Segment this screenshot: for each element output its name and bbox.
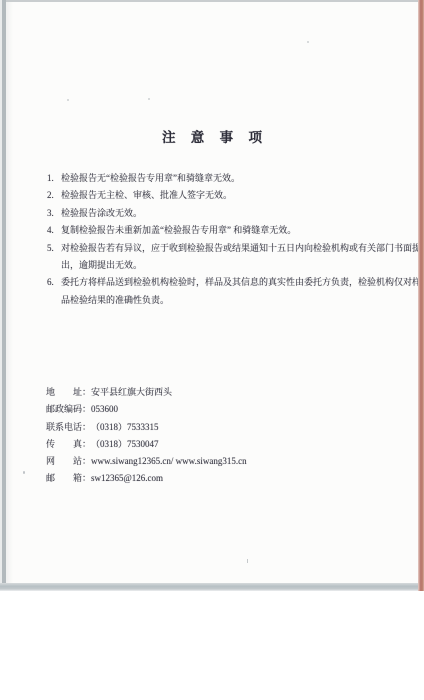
notice-item-line: 对检验报告若有异议，应于收到检验报告或结果通知十五日内向检验机构或有关部门书面提 xyxy=(61,240,421,257)
notice-item-number: 6. xyxy=(47,274,61,309)
scan-speck xyxy=(148,98,150,100)
notice-item-line: 检验报告涂改无效。 xyxy=(61,205,399,222)
notice-item-line: 检验报告无主检、审核、批准人签字无效。 xyxy=(61,187,399,204)
contact-info-block: 地 址： 安平县红旗大街西头 邮政编码： 053600 联系电话： （0318）… xyxy=(46,384,247,488)
page-edge-top xyxy=(0,0,424,2)
notice-item-5: 5. 对检验报告若有异议，应于收到检验报告或结果通知十五日内向检验机构或有关部门… xyxy=(47,240,399,275)
scan-speck xyxy=(67,99,69,101)
notice-item-text: 委托方将样品送到检验机构检验时，样品及其信息的真实性由委托方负责，检验机构仅对样… xyxy=(61,274,421,309)
notice-item-number: 4. xyxy=(47,222,61,239)
contact-row-phone: 联系电话： （0318）7533315 xyxy=(46,419,247,436)
notice-item-number: 1. xyxy=(47,170,61,187)
contact-label: 联系电话： xyxy=(46,419,91,436)
contact-value-email: sw12365@126.com xyxy=(91,470,163,487)
notice-item-number: 3. xyxy=(47,205,61,222)
contact-label: 邮 箱： xyxy=(46,470,91,487)
contact-label: 地 址： xyxy=(46,384,91,401)
page-edge-right-red-stripe xyxy=(418,0,424,591)
contact-label: 网 站： xyxy=(46,453,91,470)
notice-item-text: 检验报告无“检验报告专用章”和骑缝章无效。 xyxy=(61,170,399,187)
scan-speck xyxy=(307,41,309,43)
notice-item-text: 检验报告涂改无效。 xyxy=(61,205,399,222)
notice-item-line: 复制检验报告未重新加盖“检验报告专用章” 和骑缝章无效。 xyxy=(61,222,399,239)
notice-item-text: 复制检验报告未重新加盖“检验报告专用章” 和骑缝章无效。 xyxy=(61,222,399,239)
notice-item-3: 3. 检验报告涂改无效。 xyxy=(47,205,399,222)
notice-list: 1. 检验报告无“检验报告专用章”和骑缝章无效。 2. 检验报告无主检、审核、批… xyxy=(47,170,399,309)
notice-item-2: 2. 检验报告无主检、审核、批准人签字无效。 xyxy=(47,187,399,204)
contact-label: 传 真： xyxy=(46,436,91,453)
contact-row-postal-code: 邮政编码： 053600 xyxy=(46,401,247,418)
scan-speck xyxy=(247,559,248,563)
notice-item-text: 对检验报告若有异议，应于收到检验报告或结果通知十五日内向检验机构或有关部门书面提… xyxy=(61,240,421,275)
contact-row-fax: 传 真： （0318）7530047 xyxy=(46,436,247,453)
contact-value-postal-code: 053600 xyxy=(91,401,118,418)
notice-item-line: 品检验结果的准确性负责。 xyxy=(61,292,421,309)
contact-value-fax: （0318）7530047 xyxy=(91,436,159,453)
notice-item-1: 1. 检验报告无“检验报告专用章”和骑缝章无效。 xyxy=(47,170,399,187)
scan-speck xyxy=(23,471,25,474)
scanned-document-page: 注 意 事 项 1. 检验报告无“检验报告专用章”和骑缝章无效。 2. 检验报告… xyxy=(0,0,424,591)
page-edge-bottom xyxy=(0,583,424,591)
notice-item-number: 2. xyxy=(47,187,61,204)
notice-item-line: 检验报告无“检验报告专用章”和骑缝章无效。 xyxy=(61,170,399,187)
notice-item-4: 4. 复制检验报告未重新加盖“检验报告专用章” 和骑缝章无效。 xyxy=(47,222,399,239)
notice-item-line: 委托方将样品送到检验机构检验时，样品及其信息的真实性由委托方负责，检验机构仅对样 xyxy=(61,274,421,291)
page-edge-left-fade xyxy=(6,0,13,591)
contact-row-email: 邮 箱： sw12365@126.com xyxy=(46,470,247,487)
notice-item-number: 5. xyxy=(47,240,61,275)
contact-value-address: 安平县红旗大街西头 xyxy=(91,384,172,401)
contact-value-website: www.siwang12365.cn/ www.siwang315.cn xyxy=(91,453,247,470)
contact-row-address: 地 址： 安平县红旗大街西头 xyxy=(46,384,247,401)
notice-item-text: 检验报告无主检、审核、批准人签字无效。 xyxy=(61,187,399,204)
page-title: 注 意 事 项 xyxy=(20,126,410,146)
contact-row-website: 网 站： www.siwang12365.cn/ www.siwang315.c… xyxy=(46,453,247,470)
page-edge-left xyxy=(2,0,6,591)
notice-item-line: 出，逾期提出无效。 xyxy=(61,257,421,274)
notice-item-6: 6. 委托方将样品送到检验机构检验时，样品及其信息的真实性由委托方负责，检验机构… xyxy=(47,274,399,309)
contact-label: 邮政编码： xyxy=(46,401,91,418)
contact-value-phone: （0318）7533315 xyxy=(91,419,159,436)
